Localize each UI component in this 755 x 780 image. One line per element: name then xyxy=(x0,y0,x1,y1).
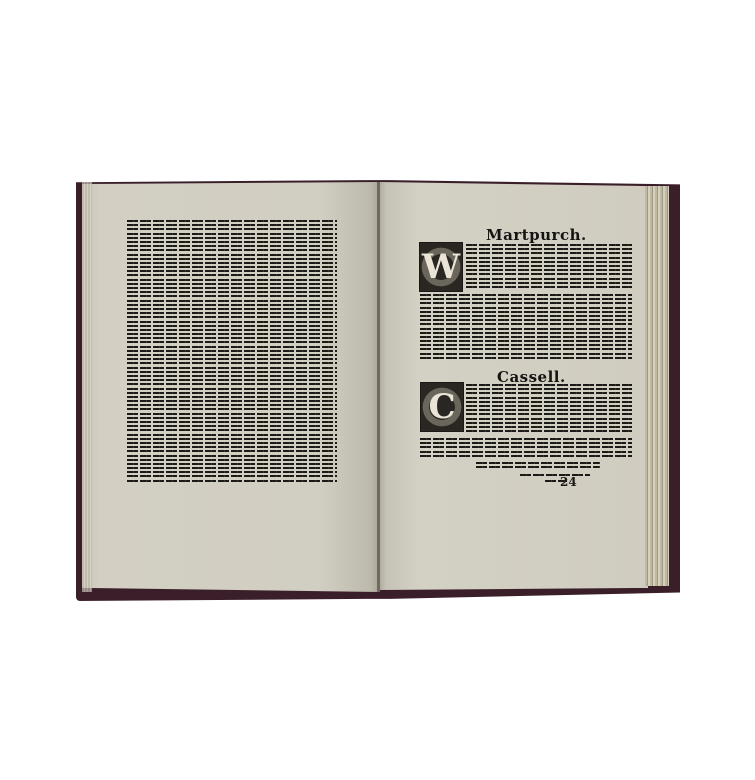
text-line xyxy=(466,430,632,432)
text-line xyxy=(420,298,632,300)
text-line xyxy=(420,315,632,317)
text-line xyxy=(127,392,337,394)
text-line xyxy=(127,249,337,251)
text-line xyxy=(466,426,632,428)
right-page-edges xyxy=(645,186,669,586)
text-line xyxy=(420,294,632,296)
text-line xyxy=(127,358,337,360)
text-line xyxy=(420,311,632,313)
text-line xyxy=(420,442,632,444)
text-line xyxy=(420,353,632,355)
text-line xyxy=(127,429,337,431)
text-line xyxy=(127,254,337,256)
text-line xyxy=(466,413,632,415)
text-line xyxy=(420,332,632,334)
text-line xyxy=(127,262,337,264)
text-line xyxy=(127,413,337,415)
text-line xyxy=(127,325,337,327)
text-line xyxy=(466,409,632,411)
text-line xyxy=(466,384,632,386)
text-line xyxy=(466,257,632,259)
text-line xyxy=(127,337,337,339)
text-line xyxy=(420,348,632,350)
text-line xyxy=(127,362,337,364)
right-page-text-block xyxy=(466,244,632,292)
text-line xyxy=(127,321,337,323)
text-line xyxy=(127,371,337,373)
text-line xyxy=(127,329,337,331)
left-page-text-block xyxy=(127,220,337,488)
text-line xyxy=(127,228,337,230)
book-gutter xyxy=(377,182,380,592)
text-line xyxy=(127,279,337,281)
right-page-text-block xyxy=(420,438,632,460)
text-line xyxy=(127,434,337,436)
right-page-text-block xyxy=(520,474,590,478)
text-line xyxy=(127,480,337,482)
text-line xyxy=(127,333,337,335)
text-line xyxy=(466,282,632,284)
text-line xyxy=(127,425,337,427)
page-number: 24 xyxy=(560,475,577,489)
text-line xyxy=(127,241,337,243)
text-line xyxy=(127,233,337,235)
text-line xyxy=(127,245,337,247)
text-line xyxy=(127,400,337,402)
text-line xyxy=(466,418,632,420)
text-line xyxy=(127,346,337,348)
text-line xyxy=(420,302,632,304)
text-line xyxy=(466,388,632,390)
text-line xyxy=(127,367,337,369)
text-line xyxy=(420,451,632,453)
text-line xyxy=(127,471,337,473)
text-line xyxy=(466,422,632,424)
text-line xyxy=(127,270,337,272)
text-line xyxy=(466,269,632,271)
text-line xyxy=(127,287,337,289)
text-line xyxy=(127,459,337,461)
text-line xyxy=(127,304,337,306)
text-line xyxy=(127,354,337,356)
text-line xyxy=(420,438,632,440)
text-line xyxy=(420,455,632,457)
text-line xyxy=(127,388,337,390)
text-line xyxy=(420,340,632,342)
right-page-text-block xyxy=(420,294,632,362)
right-page-text-block xyxy=(466,384,632,436)
text-line xyxy=(127,237,337,239)
text-line xyxy=(127,220,337,222)
decorated-initial: C xyxy=(420,382,464,432)
text-line xyxy=(466,392,632,394)
text-line xyxy=(127,350,337,352)
text-line xyxy=(420,319,632,321)
text-line xyxy=(466,252,632,254)
text-line xyxy=(127,417,337,419)
text-line xyxy=(127,396,337,398)
text-line xyxy=(420,446,632,448)
text-line xyxy=(127,224,337,226)
text-line xyxy=(127,421,337,423)
text-line xyxy=(127,446,337,448)
text-line xyxy=(127,379,337,381)
decorated-initial: W xyxy=(419,242,463,292)
right-page-text-block xyxy=(476,462,600,472)
text-line xyxy=(466,273,632,275)
text-line xyxy=(127,341,337,343)
text-line xyxy=(127,291,337,293)
text-line xyxy=(127,316,337,318)
text-line xyxy=(476,466,600,468)
text-line xyxy=(127,463,337,465)
section-heading-martpurch: Martpurch. xyxy=(486,226,587,244)
text-line xyxy=(466,244,632,246)
book-photo: Martpurch. W Cassell. C 24 xyxy=(0,0,755,780)
text-line xyxy=(127,258,337,260)
text-line xyxy=(420,307,632,309)
text-line xyxy=(127,266,337,268)
text-line xyxy=(127,300,337,302)
text-line xyxy=(466,405,632,407)
text-line xyxy=(466,278,632,280)
text-line xyxy=(466,261,632,263)
text-line xyxy=(466,265,632,267)
text-line xyxy=(127,408,337,410)
text-line xyxy=(127,312,337,314)
text-line xyxy=(127,455,337,457)
text-line xyxy=(127,295,337,297)
text-line xyxy=(127,375,337,377)
text-line xyxy=(127,450,337,452)
text-line xyxy=(420,336,632,338)
text-line xyxy=(127,475,337,477)
text-line xyxy=(520,474,590,476)
text-line xyxy=(127,274,337,276)
text-line xyxy=(127,383,337,385)
text-line xyxy=(466,397,632,399)
text-line xyxy=(127,404,337,406)
text-line xyxy=(420,323,632,325)
text-line xyxy=(466,248,632,250)
text-line xyxy=(420,344,632,346)
text-line xyxy=(466,286,632,288)
text-line xyxy=(420,328,632,330)
text-line xyxy=(127,467,337,469)
text-line xyxy=(466,401,632,403)
text-line xyxy=(476,462,600,464)
text-line xyxy=(420,357,632,359)
left-page-edges xyxy=(82,182,92,592)
text-line xyxy=(127,438,337,440)
text-line xyxy=(127,308,337,310)
text-line xyxy=(127,283,337,285)
text-line xyxy=(127,442,337,444)
